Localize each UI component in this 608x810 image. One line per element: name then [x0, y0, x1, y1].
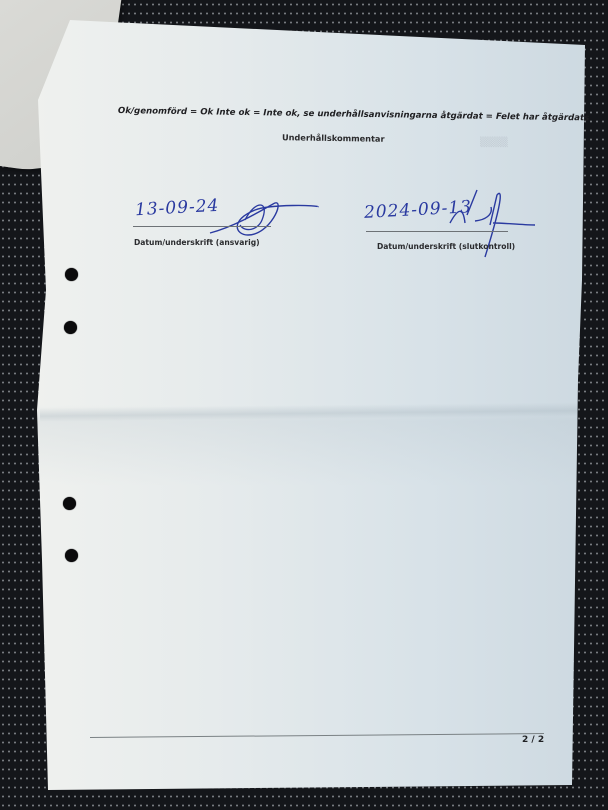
- punch-hole: [65, 549, 78, 562]
- page-indicator: 2 / 2: [522, 735, 544, 745]
- signature-label-final-check: Datum/underskrift (slutkontroll): [377, 242, 515, 251]
- signature-label-responsible: Datum/underskrift (ansvarig): [134, 238, 260, 247]
- paper-fold: [40, 402, 585, 422]
- punch-hole: [64, 321, 77, 334]
- signature-line: [133, 226, 271, 227]
- punch-hole: [65, 268, 78, 281]
- signature-final-check: [445, 185, 545, 265]
- signature-responsible: [200, 195, 330, 240]
- bleed-through-text: ▒▒▒▒: [480, 138, 508, 148]
- signature-line: [366, 231, 508, 232]
- punch-hole: [63, 497, 76, 510]
- section-heading: Underhållskommentar: [282, 132, 385, 144]
